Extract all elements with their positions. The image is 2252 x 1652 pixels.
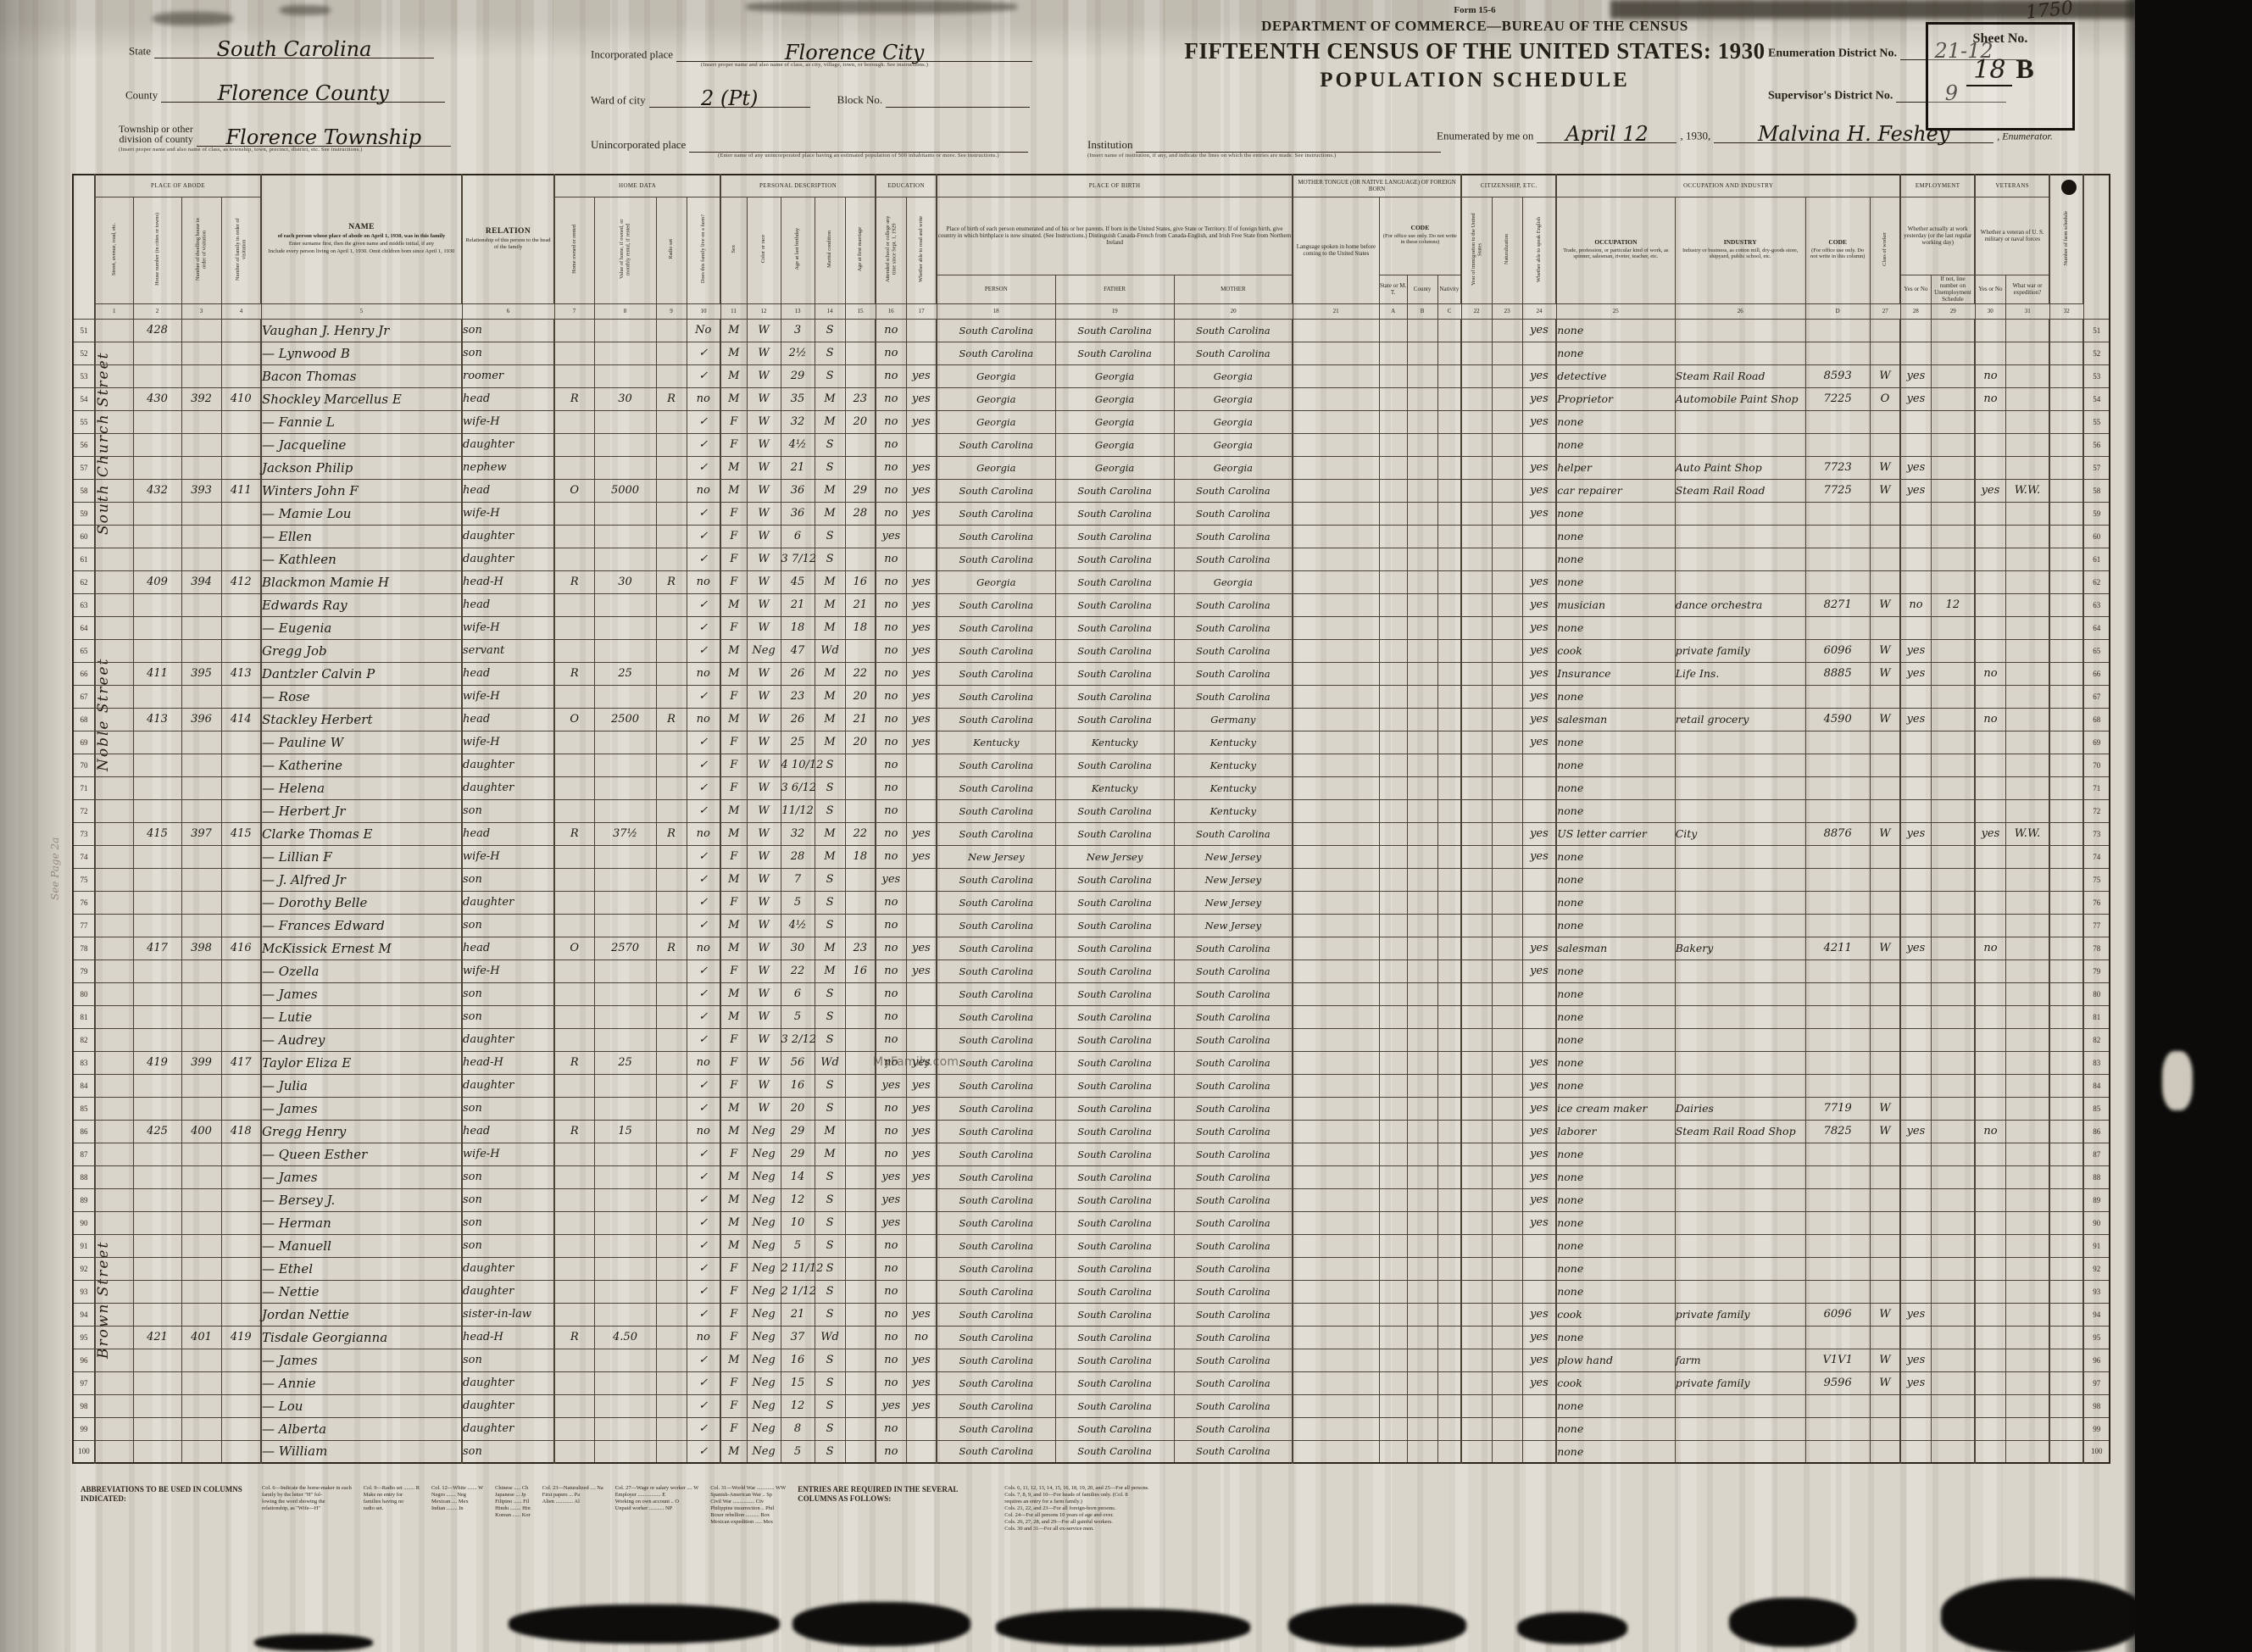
cell-sc: no xyxy=(876,1143,906,1165)
cell-pm: South Carolina xyxy=(1174,822,1293,845)
cell-sx: M xyxy=(720,822,747,845)
cell-fs xyxy=(2049,1211,2083,1234)
cell-ag: 26 xyxy=(781,708,815,731)
cell-oc: cook xyxy=(1556,1303,1675,1326)
cell-tg xyxy=(1293,1143,1379,1165)
cell-d xyxy=(181,891,221,914)
cell-ul xyxy=(1931,1234,1975,1257)
cell-d xyxy=(181,1303,221,1326)
cell-name: Stackley Herbert xyxy=(261,708,462,731)
cell-name: — Lutie xyxy=(261,1005,462,1028)
cell-cd: 7725 xyxy=(1805,479,1870,502)
line-number: 78 xyxy=(2083,937,2110,959)
census-row: 70— Katherinedaughter✓FW4 10/12SnoSouth … xyxy=(73,754,2110,776)
cell-tg xyxy=(1293,433,1379,456)
cell-oc: none xyxy=(1556,799,1675,822)
cell-wk xyxy=(1900,1280,1931,1303)
cell-in xyxy=(1675,525,1805,548)
cell-cd xyxy=(1805,1028,1870,1051)
cell-sc: no xyxy=(876,1051,906,1074)
cell-rw: yes xyxy=(906,822,937,845)
cell-cc xyxy=(1437,1188,1461,1211)
census-row: 90— Hermanson✓MNeg10SyesSouth CarolinaSo… xyxy=(73,1211,2110,1234)
cell-rel: head-H xyxy=(462,1326,554,1349)
group-home-data: HOME DATA xyxy=(554,175,720,197)
cell-wr xyxy=(2005,1326,2049,1349)
cell-cb xyxy=(1407,959,1437,982)
cell-fs xyxy=(2049,1280,2083,1303)
cell-rw: yes xyxy=(906,731,937,754)
cell-en xyxy=(1522,982,1556,1005)
cell-in xyxy=(1675,776,1805,799)
scan-blob xyxy=(792,1602,970,1646)
cell-cd xyxy=(1805,410,1870,433)
cell-am xyxy=(845,433,876,456)
cell-cb xyxy=(1407,387,1437,410)
line-number: 98 xyxy=(73,1394,95,1417)
cell-ca xyxy=(1379,1051,1407,1074)
cell-d: 398 xyxy=(181,937,221,959)
census-row: 53Bacon Thomasroomer✓MW29SnoyesGeorgiaGe… xyxy=(73,364,2110,387)
cell-ul xyxy=(1931,410,1975,433)
cell-rw: yes xyxy=(906,1165,937,1188)
line-number: 53 xyxy=(73,364,95,387)
cell-name: Taylor Eliza E xyxy=(261,1051,462,1074)
cell-name: — Dorothy Belle xyxy=(261,891,462,914)
cell-im xyxy=(1461,662,1492,685)
cell-am: 20 xyxy=(845,410,876,433)
cell-ms: S xyxy=(815,1440,845,1463)
cell-cl xyxy=(1870,1326,1900,1349)
census-row: 91— Manuellson✓MNeg5SnoSouth CarolinaSou… xyxy=(73,1234,2110,1257)
cell-cd xyxy=(1805,959,1870,982)
cell-wr: W.W. xyxy=(2005,479,2049,502)
cell-cd xyxy=(1805,1143,1870,1165)
cell-cb xyxy=(1407,845,1437,868)
cell-vt xyxy=(1975,319,2005,342)
cell-fm: ✓ xyxy=(687,1371,720,1394)
col-industry: INDUSTRY Industry or business, as cotton… xyxy=(1675,197,1805,303)
cell-street xyxy=(95,1440,133,1463)
line-number: 60 xyxy=(2083,525,2110,548)
col-birth-mother: MOTHER xyxy=(1174,275,1293,303)
cell-f xyxy=(221,1097,261,1120)
cell-pm: South Carolina xyxy=(1174,1349,1293,1371)
cell-na xyxy=(1492,593,1522,616)
cell-wk: yes xyxy=(1900,1120,1931,1143)
cell-rad xyxy=(656,845,687,868)
cell-ca xyxy=(1379,456,1407,479)
cell-h: 430 xyxy=(133,387,181,410)
cell-f xyxy=(221,1371,261,1394)
cell-pf: South Carolina xyxy=(1055,1234,1174,1257)
cell-oc: US letter carrier xyxy=(1556,822,1675,845)
cell-cl xyxy=(1870,799,1900,822)
cell-street xyxy=(95,570,133,593)
cell-d xyxy=(181,342,221,364)
cell-en xyxy=(1522,1417,1556,1440)
cell-wk: yes xyxy=(1900,708,1931,731)
cell-ra: W xyxy=(747,570,781,593)
cell-ra: Neg xyxy=(747,1257,781,1280)
cell-en: yes xyxy=(1522,319,1556,342)
cell-oc: none xyxy=(1556,982,1675,1005)
cell-fs xyxy=(2049,593,2083,616)
cell-sx: F xyxy=(720,1326,747,1349)
cell-pf: South Carolina xyxy=(1055,593,1174,616)
cell-rel: daughter xyxy=(462,433,554,456)
column-number: 6 xyxy=(462,303,554,319)
cell-cb xyxy=(1407,822,1437,845)
cell-fs xyxy=(2049,479,2083,502)
cell-d xyxy=(181,1440,221,1463)
sd-label: Supervisor's District No. xyxy=(1768,89,1893,102)
cell-pf: South Carolina xyxy=(1055,570,1174,593)
cell-cl xyxy=(1870,1188,1900,1211)
cell-h: 428 xyxy=(133,319,181,342)
cell-rad: R xyxy=(656,708,687,731)
cell-wr xyxy=(2005,364,2049,387)
cell-sx: M xyxy=(720,387,747,410)
cell-ul xyxy=(1931,937,1975,959)
cell-in xyxy=(1675,319,1805,342)
cell-in xyxy=(1675,1028,1805,1051)
cell-im xyxy=(1461,1165,1492,1188)
cell-vt xyxy=(1975,868,2005,891)
cell-fs xyxy=(2049,891,2083,914)
cell-h xyxy=(133,1211,181,1234)
cell-d xyxy=(181,914,221,937)
census-row: 60— Ellendaughter✓FW6SyesSouth CarolinaS… xyxy=(73,525,2110,548)
column-number: 22 xyxy=(1461,303,1492,319)
cell-pf: South Carolina xyxy=(1055,548,1174,570)
cell-val: 5000 xyxy=(594,479,656,502)
cell-tg xyxy=(1293,731,1379,754)
cell-pf: Kentucky xyxy=(1055,731,1174,754)
cell-fm: no xyxy=(687,1051,720,1074)
cell-rel: daughter xyxy=(462,1280,554,1303)
line-number: 89 xyxy=(73,1188,95,1211)
cell-im xyxy=(1461,319,1492,342)
occupation-word: OCCUPATION xyxy=(1557,239,1675,247)
cell-pb: South Carolina xyxy=(937,685,1055,708)
cell-d xyxy=(181,1074,221,1097)
cell-ul xyxy=(1931,662,1975,685)
cell-ow xyxy=(554,1394,594,1417)
cell-vt xyxy=(1975,616,2005,639)
cell-fs xyxy=(2049,1234,2083,1257)
cell-am xyxy=(845,1394,876,1417)
cell-wk: yes xyxy=(1900,822,1931,845)
cell-ms: M xyxy=(815,731,845,754)
cell-cc xyxy=(1437,1143,1461,1165)
cell-val xyxy=(594,456,656,479)
code-note: (For office use only. Do not write in th… xyxy=(1380,232,1461,247)
cell-pf: South Carolina xyxy=(1055,754,1174,776)
cell-in xyxy=(1675,433,1805,456)
cell-ca xyxy=(1379,1005,1407,1028)
cell-vt xyxy=(1975,685,2005,708)
cell-rel: daughter xyxy=(462,525,554,548)
cell-pf: South Carolina xyxy=(1055,479,1174,502)
cell-am xyxy=(845,456,876,479)
cell-ow xyxy=(554,525,594,548)
cell-rw xyxy=(906,1440,937,1463)
line-number: 62 xyxy=(73,570,95,593)
cell-pb: South Carolina xyxy=(937,1211,1055,1234)
cell-in xyxy=(1675,868,1805,891)
line-number: 95 xyxy=(2083,1326,2110,1349)
cell-name: Gregg Job xyxy=(261,639,462,662)
line-number: 88 xyxy=(2083,1165,2110,1188)
col-naturalization: Naturalization xyxy=(1492,197,1522,303)
cell-sx: F xyxy=(720,525,747,548)
cell-h xyxy=(133,342,181,364)
cell-wr xyxy=(2005,525,2049,548)
cell-ul xyxy=(1931,1028,1975,1051)
institution-field: Institution (Insert name of institution,… xyxy=(1087,137,1441,159)
census-row: 83419399417Taylor Eliza Ehead-HR25noFW56… xyxy=(73,1051,2110,1074)
cell-ow xyxy=(554,868,594,891)
cell-f: 415 xyxy=(221,822,261,845)
cell-am xyxy=(845,639,876,662)
cell-sx: F xyxy=(720,433,747,456)
cell-sx: M xyxy=(720,1097,747,1120)
cell-im xyxy=(1461,1188,1492,1211)
cell-ul xyxy=(1931,525,1975,548)
cell-oc: none xyxy=(1556,433,1675,456)
cell-street xyxy=(95,593,133,616)
cell-fm: No xyxy=(687,319,720,342)
cell-pf: South Carolina xyxy=(1055,1349,1174,1371)
census-row: 94Jordan Nettiesister-in-law✓FNeg21Snoye… xyxy=(73,1303,2110,1326)
column-number: 26 xyxy=(1675,303,1805,319)
cell-rel: daughter xyxy=(462,776,554,799)
cell-ag: 29 xyxy=(781,1120,815,1143)
cell-street xyxy=(95,822,133,845)
cell-rw: yes xyxy=(906,1051,937,1074)
cell-ms: S xyxy=(815,1349,845,1371)
cell-am: 16 xyxy=(845,570,876,593)
cell-na xyxy=(1492,662,1522,685)
cell-d xyxy=(181,456,221,479)
cell-rw: yes xyxy=(906,364,937,387)
cell-ms: M xyxy=(815,593,845,616)
footer-block: Col. 6—Indicate the home-maker in eachfa… xyxy=(262,1485,352,1512)
cell-cl xyxy=(1870,1143,1900,1165)
cell-pf: South Carolina xyxy=(1055,639,1174,662)
cell-oc: none xyxy=(1556,914,1675,937)
cell-oc: salesman xyxy=(1556,708,1675,731)
cell-cc xyxy=(1437,410,1461,433)
cell-wk: yes xyxy=(1900,639,1931,662)
cell-sc: no xyxy=(876,364,906,387)
cell-f xyxy=(221,982,261,1005)
cell-rad xyxy=(656,456,687,479)
cell-rw xyxy=(906,799,937,822)
cell-na xyxy=(1492,1257,1522,1280)
cell-wr xyxy=(2005,1257,2049,1280)
cell-name: — Ellen xyxy=(261,525,462,548)
cell-rad xyxy=(656,525,687,548)
township-field: Township or otherdivision of county Flor… xyxy=(119,124,451,153)
line-number: 90 xyxy=(73,1211,95,1234)
cell-wk xyxy=(1900,570,1931,593)
cell-am xyxy=(845,319,876,342)
cell-fs xyxy=(2049,776,2083,799)
cell-pm: South Carolina xyxy=(1174,525,1293,548)
cell-street xyxy=(95,914,133,937)
cell-wk xyxy=(1900,525,1931,548)
cell-ra: W xyxy=(747,479,781,502)
cell-fm: ✓ xyxy=(687,1211,720,1234)
cell-am xyxy=(845,342,876,364)
cell-d xyxy=(181,1257,221,1280)
cell-ag: 7 xyxy=(781,868,815,891)
census-row: 86425400418Gregg HenryheadR15noMNeg29Mno… xyxy=(73,1120,2110,1143)
cell-cd xyxy=(1805,914,1870,937)
cell-ra: W xyxy=(747,776,781,799)
cell-pb: South Carolina xyxy=(937,754,1055,776)
enumerated-prefix: Enumerated by me on xyxy=(1437,129,1533,142)
cell-val xyxy=(594,685,656,708)
cell-in: retail grocery xyxy=(1675,708,1805,731)
cell-am xyxy=(845,1303,876,1326)
cell-na xyxy=(1492,319,1522,342)
cell-pm: South Carolina xyxy=(1174,593,1293,616)
col-age: Age at last birthday xyxy=(781,197,815,303)
cell-val: 37½ xyxy=(594,822,656,845)
cell-d xyxy=(181,364,221,387)
cell-sc: no xyxy=(876,639,906,662)
cell-f xyxy=(221,433,261,456)
group-relation: RELATION Relationship of this person to … xyxy=(462,175,554,303)
cell-fs xyxy=(2049,616,2083,639)
cell-ms: S xyxy=(815,456,845,479)
cell-name: — Annie xyxy=(261,1371,462,1394)
cell-vt xyxy=(1975,1371,2005,1394)
cell-pb: South Carolina xyxy=(937,548,1055,570)
scan-artifact xyxy=(2162,1051,2193,1110)
cell-im xyxy=(1461,1234,1492,1257)
cell-fm: ✓ xyxy=(687,548,720,570)
cell-cb xyxy=(1407,1371,1437,1394)
cell-ag: 3 6/12 xyxy=(781,776,815,799)
cell-wk: yes xyxy=(1900,937,1931,959)
cell-f xyxy=(221,364,261,387)
cell-in xyxy=(1675,1165,1805,1188)
cell-sx: F xyxy=(720,1143,747,1165)
line-number: 86 xyxy=(2083,1120,2110,1143)
cell-street xyxy=(95,1257,133,1280)
cell-h xyxy=(133,410,181,433)
column-number: 9 xyxy=(656,303,687,319)
cell-oc: none xyxy=(1556,1074,1675,1097)
cell-cd xyxy=(1805,1051,1870,1074)
cell-oc: cook xyxy=(1556,1371,1675,1394)
cell-en: yes xyxy=(1522,1211,1556,1234)
cell-sx: F xyxy=(720,685,747,708)
col-veteran-yesno: Yes or No xyxy=(1975,275,2005,303)
cell-sc: no xyxy=(876,342,906,364)
cell-cb xyxy=(1407,1120,1437,1143)
cell-pf: South Carolina xyxy=(1055,822,1174,845)
cell-street xyxy=(95,959,133,982)
cell-am xyxy=(845,1417,876,1440)
cell-wr xyxy=(2005,1165,2049,1188)
cell-fm: ✓ xyxy=(687,1074,720,1097)
cell-val xyxy=(594,1280,656,1303)
cell-ul xyxy=(1931,433,1975,456)
footer-block: ABBREVIATIONS TO BE USED IN COLUMNS INDI… xyxy=(81,1485,250,1504)
cell-ca xyxy=(1379,845,1407,868)
cell-ra: Neg xyxy=(747,639,781,662)
cell-street xyxy=(95,868,133,891)
cell-cl: W xyxy=(1870,364,1900,387)
cell-rw: yes xyxy=(906,502,937,525)
cell-im xyxy=(1461,502,1492,525)
cell-rw xyxy=(906,914,937,937)
cell-cc xyxy=(1437,1303,1461,1326)
cell-na xyxy=(1492,754,1522,776)
census-row: 65Gregg Jobservant✓MNeg47WdnoyesSouth Ca… xyxy=(73,639,2110,662)
cell-am xyxy=(845,1188,876,1211)
cell-name: Dantzler Calvin P xyxy=(261,662,462,685)
cell-ms: M xyxy=(815,708,845,731)
cell-ms: M xyxy=(815,845,845,868)
unincorporated-field: Unincorporated place (Enter name of any … xyxy=(591,137,1028,159)
cell-cb xyxy=(1407,502,1437,525)
relation-desc: Relationship of this person to the head … xyxy=(463,236,553,251)
cell-sx: M xyxy=(720,868,747,891)
cell-ag: 12 xyxy=(781,1394,815,1417)
cell-ra: W xyxy=(747,502,781,525)
cell-am: 23 xyxy=(845,387,876,410)
cell-vt xyxy=(1975,525,2005,548)
cell-cc xyxy=(1437,1280,1461,1303)
cell-en: yes xyxy=(1522,1143,1556,1165)
cell-im xyxy=(1461,616,1492,639)
group-name: NAME of each person whose place of abode… xyxy=(261,175,462,303)
line-number: 72 xyxy=(2083,799,2110,822)
cell-in xyxy=(1675,410,1805,433)
cell-ca xyxy=(1379,1028,1407,1051)
cell-cd: 9596 xyxy=(1805,1371,1870,1394)
cell-ra: Neg xyxy=(747,1394,781,1417)
cell-sx: F xyxy=(720,754,747,776)
line-number: 76 xyxy=(73,891,95,914)
cell-tg xyxy=(1293,891,1379,914)
state-label: State xyxy=(129,44,151,57)
cell-street xyxy=(95,639,133,662)
cell-na xyxy=(1492,1211,1522,1234)
cell-rad xyxy=(656,1211,687,1234)
cell-cl xyxy=(1870,1028,1900,1051)
col-age-married: Age at first marriage xyxy=(845,197,876,303)
cell-h xyxy=(133,754,181,776)
cell-na xyxy=(1492,959,1522,982)
cell-cd: 8593 xyxy=(1805,364,1870,387)
cell-ra: W xyxy=(747,593,781,616)
line-number: 85 xyxy=(73,1097,95,1120)
cell-street xyxy=(95,1051,133,1074)
cell-oc: none xyxy=(1556,410,1675,433)
cell-ag: 4 10/12 xyxy=(781,754,815,776)
cell-en: yes xyxy=(1522,616,1556,639)
cell-cd xyxy=(1805,1280,1870,1303)
cell-wk xyxy=(1900,548,1931,570)
cell-cb xyxy=(1407,342,1437,364)
